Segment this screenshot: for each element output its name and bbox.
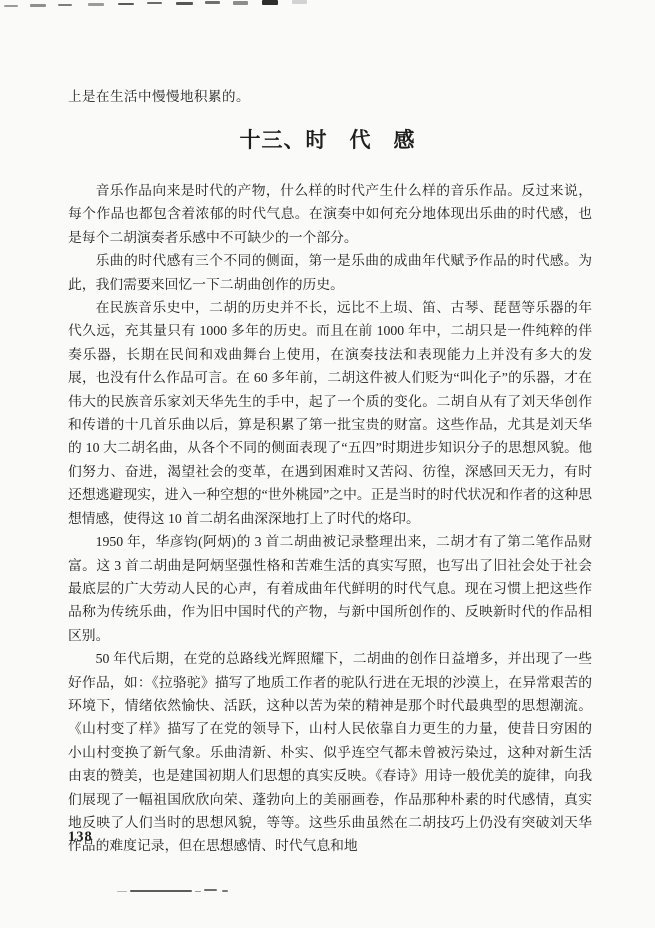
top-edge-dash <box>4 5 18 7</box>
bottom-smudge-mark <box>117 891 127 892</box>
book-page: 上是在生活中慢慢地积累的。 十三、时 代 感 音乐作品向来是时代的产物，什么样的… <box>0 0 655 928</box>
bottom-smudge-mark <box>130 890 192 892</box>
top-edge-dash <box>30 4 46 7</box>
paragraph: 在民族音乐史中，二胡的历史并不长，远比不上埙、笛、古琴、琵琶等乐器的年代久远，充… <box>68 296 592 530</box>
top-edge-dash <box>147 2 162 4</box>
top-edge-dash <box>58 4 72 6</box>
paragraph: 乐曲的时代感有三个不同的侧面，第一是乐曲的成曲年代赋予作品的时代感。为此，我们需… <box>68 249 592 296</box>
bottom-smudge-mark <box>195 891 201 892</box>
paragraph: 50 年代后期，在党的总路线光辉照耀下，二胡曲的创作日益增多，并出现了一些好作品… <box>68 647 592 858</box>
top-edge-dash <box>88 3 104 6</box>
body-text: 音乐作品向来是时代的产物，什么样的时代产生什么样的音乐作品。反过来说，每个作品也… <box>68 179 592 858</box>
top-edge-dash <box>262 0 278 5</box>
top-edge-dash <box>233 1 248 5</box>
chapter-title: 十三、时 代 感 <box>0 124 655 154</box>
top-edge-dash <box>176 2 193 5</box>
bottom-smudge-mark <box>204 889 217 891</box>
page-number: 138 <box>68 829 93 846</box>
paragraph: 音乐作品向来是时代的产物，什么样的时代产生什么样的音乐作品。反过来说，每个作品也… <box>68 179 592 249</box>
paragraph: 1950 年，华彦钧(阿炳)的 3 首二胡曲被记录整理出来，二胡才有了第二笔作品… <box>68 530 592 647</box>
top-edge-dash <box>205 1 220 4</box>
carryover-text: 上是在生活中慢慢地积累的。 <box>68 85 250 105</box>
bottom-smudge-mark <box>222 890 228 892</box>
top-edge-dash <box>292 0 307 4</box>
top-edge-dash <box>118 3 134 5</box>
